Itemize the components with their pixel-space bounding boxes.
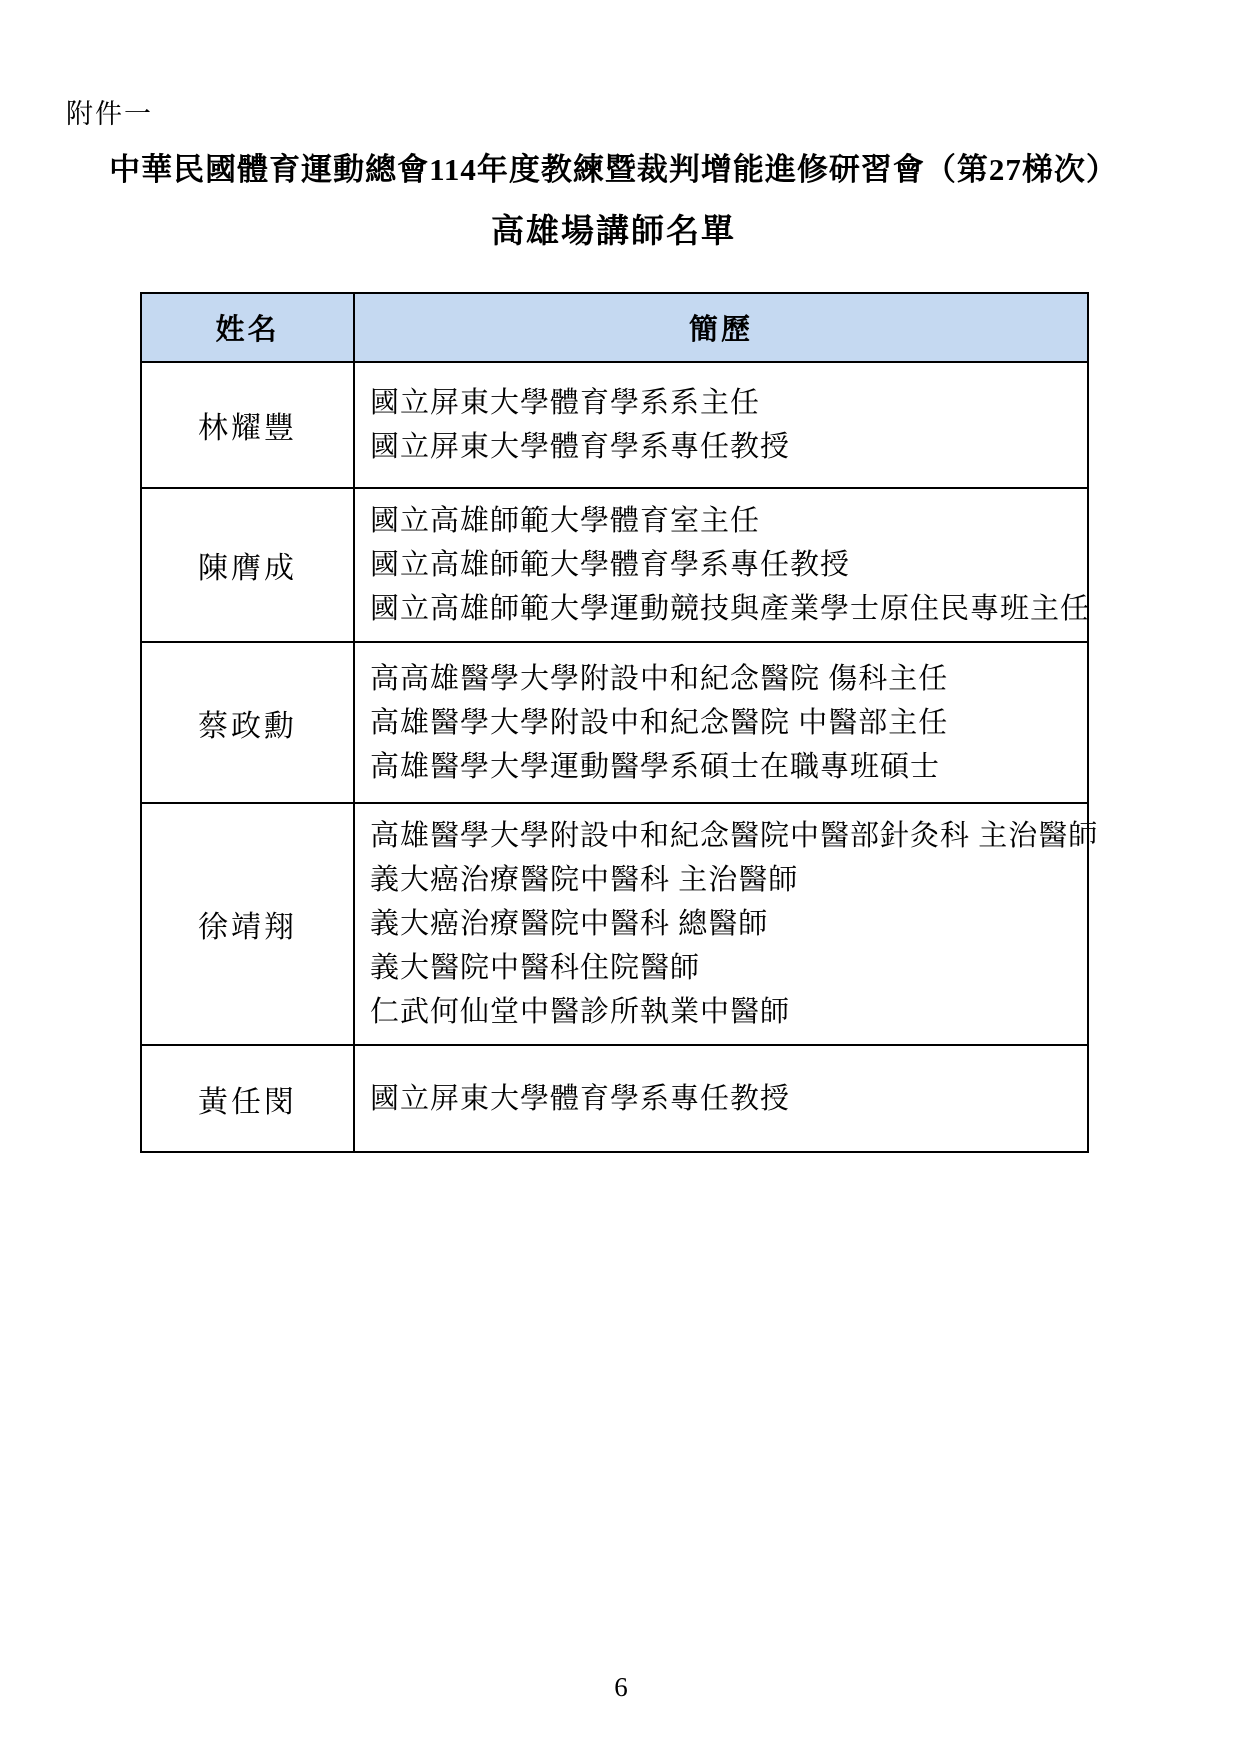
document-subtitle: 高雄場講師名單 <box>70 205 1157 252</box>
bio-line: 高雄醫學大學附設中和紀念醫院 中醫部主任 <box>370 701 1081 745</box>
table-row: 林耀豐國立屏東大學體育學系系主任國立屏東大學體育學系專任教授 <box>141 362 1088 488</box>
header-name: 姓名 <box>141 293 354 362</box>
bio-line: 義大醫院中醫科住院醫師 <box>370 946 1081 990</box>
document-page: 附件一 中華民國體育運動總會114年度教練暨裁判增能進修研習會（第27梯次） 高… <box>0 0 1242 1756</box>
instructor-name: 徐靖翔 <box>141 803 354 1045</box>
bio-line: 國立屏東大學體育學系專任教授 <box>370 1077 1081 1121</box>
instructor-bio: 國立屏東大學體育學系專任教授 <box>354 1045 1088 1152</box>
bio-line: 國立屏東大學體育學系系主任 <box>370 381 1081 425</box>
document-title: 中華民國體育運動總會114年度教練暨裁判增能進修研習會（第27梯次） <box>70 144 1157 189</box>
bio-line: 高高雄醫學大學附設中和紀念醫院 傷科主任 <box>370 657 1081 701</box>
bio-line: 高雄醫學大學運動醫學系碩士在職專班碩士 <box>370 745 1081 789</box>
header-bio: 簡歷 <box>354 293 1088 362</box>
table-row: 蔡政勳高高雄醫學大學附設中和紀念醫院 傷科主任高雄醫學大學附設中和紀念醫院 中醫… <box>141 642 1088 803</box>
instructor-table: 姓名 簡歷 林耀豐國立屏東大學體育學系系主任國立屏東大學體育學系專任教授陳膺成國… <box>140 292 1089 1153</box>
instructor-bio: 國立屏東大學體育學系系主任國立屏東大學體育學系專任教授 <box>354 362 1088 488</box>
bio-line: 義大癌治療醫院中醫科 主治醫師 <box>370 858 1081 902</box>
table-header-row: 姓名 簡歷 <box>141 293 1088 362</box>
attachment-label: 附件一 <box>66 92 153 131</box>
bio-line: 高雄醫學大學附設中和紀念醫院中醫部針灸科 主治醫師 <box>370 814 1081 858</box>
instructor-name: 林耀豐 <box>141 362 354 488</box>
table-row: 黃任閔國立屏東大學體育學系專任教授 <box>141 1045 1088 1152</box>
instructor-bio: 高高雄醫學大學附設中和紀念醫院 傷科主任高雄醫學大學附設中和紀念醫院 中醫部主任… <box>354 642 1088 803</box>
bio-line: 國立屏東大學體育學系專任教授 <box>370 425 1081 469</box>
instructor-name: 黃任閔 <box>141 1045 354 1152</box>
instructor-bio: 高雄醫學大學附設中和紀念醫院中醫部針灸科 主治醫師義大癌治療醫院中醫科 主治醫師… <box>354 803 1088 1045</box>
instructor-name: 蔡政勳 <box>141 642 354 803</box>
instructor-name: 陳膺成 <box>141 488 354 642</box>
page-number: 6 <box>0 1672 1242 1703</box>
bio-line: 國立高雄師範大學運動競技與產業學士原住民專班主任 <box>370 587 1081 631</box>
bio-line: 仁武何仙堂中醫診所執業中醫師 <box>370 990 1081 1034</box>
table-row: 陳膺成國立高雄師範大學體育室主任國立高雄師範大學體育學系專任教授國立高雄師範大學… <box>141 488 1088 642</box>
instructor-bio: 國立高雄師範大學體育室主任國立高雄師範大學體育學系專任教授國立高雄師範大學運動競… <box>354 488 1088 642</box>
bio-line: 國立高雄師範大學體育室主任 <box>370 499 1081 543</box>
bio-line: 國立高雄師範大學體育學系專任教授 <box>370 543 1081 587</box>
table-row: 徐靖翔高雄醫學大學附設中和紀念醫院中醫部針灸科 主治醫師義大癌治療醫院中醫科 主… <box>141 803 1088 1045</box>
bio-line: 義大癌治療醫院中醫科 總醫師 <box>370 902 1081 946</box>
